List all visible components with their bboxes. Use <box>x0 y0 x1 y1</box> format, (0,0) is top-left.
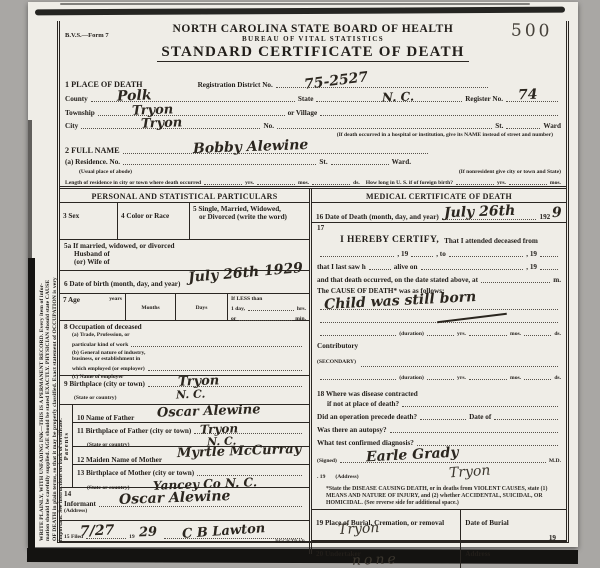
cause-footnote: *State the DISEASE CAUSING DEATH, or in … <box>312 483 566 509</box>
row-undertaker: 20 Undertaker none Address <box>312 540 566 568</box>
informant-value: Oscar Alewine <box>119 488 231 508</box>
autopsy-label: Was there an autopsy? <box>317 426 387 434</box>
nonresident-note: (If nonresident give city or town and St… <box>459 169 561 175</box>
burial-date-label: Date of Burial <box>465 519 509 527</box>
residence-no-line <box>123 156 316 165</box>
operation-line <box>420 411 466 420</box>
dateof-label: Date of <box>469 413 491 421</box>
dod-label: 16 Date of Death (month, day, and year) <box>316 213 439 221</box>
burial-date-cell: Date of Burial 19 <box>460 510 566 540</box>
scan-artifact-top-streak <box>60 3 530 5</box>
cause-flourish <box>438 313 508 324</box>
lastsaw-label: that I last saw h <box>317 263 366 271</box>
county-label: County <box>65 95 88 103</box>
informant-label: Informant <box>64 500 96 508</box>
residence-label: (a) Residence. No. <box>65 158 120 166</box>
dod-line: July 26th <box>442 211 537 220</box>
lastsaw-19-line <box>540 261 558 270</box>
header-center: NORTH CAROLINA STATE BOARD OF HEALTH BUR… <box>60 23 566 62</box>
howlong-mos-line <box>509 176 547 185</box>
color-label: 4 Color or Race <box>121 212 169 220</box>
father-bp-line: Tryon <box>194 425 302 434</box>
parents-strip: Parents <box>60 405 73 487</box>
marital-label-1: 5 Single, Married, Widowed, <box>193 205 306 213</box>
dateof-line <box>494 411 558 420</box>
length-ds-line <box>312 176 350 185</box>
state-label: State <box>298 95 314 103</box>
registration-district-label: Registration District No. <box>198 81 273 89</box>
row-informant: 14 Informant Oscar Alewine (Address) <box>60 488 309 521</box>
row-birthplace: 9 Birthplace (city or town) Tryon (State… <box>60 376 309 405</box>
row-father-name: 10 Name of Father Oscar Alewine <box>73 405 309 423</box>
age-label: 7 Age <box>63 296 80 318</box>
abode-note: (Usual place of abode) <box>79 169 132 175</box>
residence-ward-label: Ward. <box>392 158 411 166</box>
personal-header: PERSONAL AND STATISTICAL PARTICULARS <box>60 189 309 203</box>
test-label: What test confirmed diagnosis? <box>317 439 414 447</box>
registrar-signature: C B Lawton <box>181 521 265 542</box>
board-title: NORTH CAROLINA STATE BOARD OF HEALTH <box>60 23 566 35</box>
certify-from-line <box>320 248 394 257</box>
undertaker-address-label: Address <box>465 550 490 558</box>
register-no-value: 74 <box>518 87 538 104</box>
length-label: Length of residence in city or town wher… <box>65 180 201 186</box>
duration1-ds-line <box>524 327 551 336</box>
length-ds: ds. <box>353 180 360 186</box>
registrar-label: REGISTRAR <box>275 540 305 545</box>
burial-value: Tryon <box>338 520 380 538</box>
city-label: City <box>65 122 78 130</box>
undertaker-cell: 20 Undertaker none <box>312 541 460 568</box>
certify-19b: , 19 <box>526 250 537 258</box>
duration1-mos-line <box>469 327 507 336</box>
duration2-label: (duration) <box>399 375 424 381</box>
duration1-yrs: yrs. <box>457 331 466 337</box>
duration1-mos: mos. <box>510 331 521 337</box>
duration2-ds: ds. <box>554 375 561 381</box>
row-city: City Tryon No. St. Ward <box>60 117 566 130</box>
registrar-sig-line: C B Lawton <box>164 530 302 539</box>
duration1-ds: ds. <box>554 331 561 337</box>
undertaker-address-cell: Address <box>460 541 566 568</box>
contributory-line <box>361 358 558 367</box>
cause-line-2 <box>320 314 558 323</box>
duration2-yrs-line <box>427 371 454 380</box>
address-label: (Address) <box>335 474 358 480</box>
mother-bp-label: 13 Birthplace of Mother (city or town) <box>77 469 194 477</box>
disease-block: 18 Where was disease contracted if not a… <box>312 384 566 509</box>
signed-line: Earle Grady <box>340 454 546 463</box>
parents-block: Parents 10 Name of Father Oscar Alewine … <box>60 405 309 488</box>
street-no-line <box>277 120 492 129</box>
m-label: m. <box>553 276 561 284</box>
row-date-of-death: 16 Date of Death (month, day, and year) … <box>312 203 566 223</box>
city-line: Tryon <box>81 120 260 129</box>
ward-label: Ward <box>543 122 561 130</box>
form-header: B.V.S.—Form 7 NORTH CAROLINA STATE BOARD… <box>60 21 566 73</box>
cause-line: Child was still born <box>320 301 558 310</box>
street-no-label: No. <box>263 122 274 130</box>
length-yrs-line <box>204 176 242 185</box>
alive-label: alive on <box>394 263 418 271</box>
county-value: Polk <box>117 87 152 104</box>
married-label: 5a If married, widowed, or divorced <box>64 242 305 250</box>
occ-b-3: which employed (or employer) <box>72 366 145 372</box>
howlong-yrs: yrs. <box>497 180 506 186</box>
howlong-mos: mos. <box>550 180 561 186</box>
bureau-title: BUREAU OF VITAL STATISTICS <box>60 35 566 43</box>
age-cell: 7 Age years <box>60 294 126 320</box>
certify-rest: That I attended deceased from <box>444 237 538 245</box>
county-line: Polk <box>91 93 295 102</box>
signed-label: (Signed) <box>317 458 337 464</box>
where-label-1: 18 Where was disease contracted <box>317 390 418 398</box>
age-days-label: Days <box>196 305 208 311</box>
dod-year-pre: 192 <box>539 213 550 221</box>
row-age: 7 Age years Months Days If LESS than 1 d… <box>60 294 309 321</box>
certify-19a: , 19 <box>397 250 408 258</box>
row-residence-notes: (Usual place of abode) (If nonresident g… <box>60 166 566 175</box>
row-mother-name: 12 Maiden Name of Mother Myrtle McCurray <box>73 447 309 465</box>
medical-header: MEDICAL CERTIFICATE OF DEATH <box>312 189 566 203</box>
undertaker-value: none <box>352 551 399 568</box>
lastsaw-h-line <box>369 261 391 270</box>
township-label: Township <box>65 109 95 117</box>
md-label: M.D. <box>549 458 561 464</box>
duration2-yrs: yrs. <box>457 375 466 381</box>
marital-cell: 5 Single, Married, Widowed, or Divorced … <box>190 203 309 239</box>
row-burial: 19 Place of Burial, Cremation, or remova… <box>312 509 566 540</box>
state-value: N. C. <box>382 89 415 104</box>
length-mos-line <box>257 176 295 185</box>
length-yrs: yrs. <box>245 180 254 186</box>
certify-19a-line <box>411 248 433 257</box>
age-min-line <box>239 312 292 321</box>
or-village-label: or Village <box>288 109 318 117</box>
mother-name-value: Myrtle McCurray <box>177 442 302 461</box>
columns: PERSONAL AND STATISTICAL PARTICULARS 3 S… <box>60 186 566 554</box>
birthplace-line: Tryon <box>148 378 302 387</box>
sex-cell: 3 Sex <box>60 203 118 239</box>
secondary-label: (SECONDARY) <box>317 359 356 365</box>
informant-line: Oscar Alewine <box>99 498 302 507</box>
dod-value: July 26th <box>444 203 516 221</box>
register-no-line: 74 <box>506 93 558 102</box>
parents-rows: 10 Name of Father Oscar Alewine 11 Birth… <box>73 405 309 487</box>
certify-block: 17 I HEREBY CERTIFY, That I attended dec… <box>312 223 566 381</box>
address-19: . 19 <box>317 474 325 480</box>
length-mos: mos. <box>298 180 309 186</box>
duration2-lead-line <box>320 371 396 380</box>
hospital-note: (If death occurred in a hospital or inst… <box>337 132 553 138</box>
full-name-line: Bobby Alewine <box>123 145 428 154</box>
birthplace-state-value: N. C. <box>176 387 206 401</box>
father-name-value: Oscar Alewine <box>157 402 261 421</box>
row-length-of-residence: Length of residence in city or town wher… <box>60 175 566 186</box>
burial-cell: 19 Place of Burial, Cremation, or remova… <box>312 510 460 540</box>
stamp-number: 500 <box>510 21 552 42</box>
filed-date-line: 7/27 <box>86 530 126 539</box>
age-years-label: years <box>109 296 122 318</box>
filed-year-pre: 19 <box>129 534 135 540</box>
full-name-value: Bobby Alewine <box>192 137 308 157</box>
contributory-label: Contributory <box>317 342 358 350</box>
scan-artifact-left-streak <box>28 120 32 260</box>
birthplace-label: 9 Birthplace (city or town) <box>64 380 145 388</box>
age-less-cell: If LESS than 1 day,hrs. ormin. <box>228 294 309 320</box>
age-months-cell: Months <box>126 294 176 320</box>
alive-line <box>421 261 524 270</box>
certify-to: , to <box>436 250 446 258</box>
row-mother-birthplace: 13 Birthplace of Mother (city or town) (… <box>73 465 309 487</box>
howlong-yrs-line <box>456 176 494 185</box>
duration2-mos-line <box>469 371 507 380</box>
burial-label: 19 Place of Burial, Cremation, or remova… <box>316 519 444 527</box>
occurred-label: and that death occurred, on the date sta… <box>317 276 478 284</box>
no-17: 17 <box>312 224 566 232</box>
row-hospital-note: (If death occurred in a hospital or inst… <box>60 130 566 138</box>
father-bp-label: 11 Birthplace of Father (city or town) <box>77 427 191 435</box>
operation-label: Did an operation precede death? <box>317 413 417 421</box>
city-value: Tryon <box>141 115 183 131</box>
howlong-label: How long in U. S. if of foreign birth? <box>366 180 453 186</box>
age-days-cell: Days <box>176 294 228 320</box>
personal-column: PERSONAL AND STATISTICAL PARTICULARS 3 S… <box>60 189 312 554</box>
certify-to-line <box>449 248 523 257</box>
row-occupation: 8 Occupation of deceased (a) Trade, Prof… <box>60 321 309 376</box>
dob-label: 6 Date of birth (month, day, and year) <box>64 280 180 288</box>
village-line <box>320 107 558 116</box>
duration2-ds-line <box>524 371 551 380</box>
row-township: Township Tryon or Village <box>60 103 566 117</box>
register-no-label: Register No. <box>465 95 503 103</box>
parents-label: Parents <box>63 432 70 460</box>
row-filed: 15 Filed 7/27 19 29 C B Lawton REGISTRAR <box>60 521 309 561</box>
form-number: B.V.S.—Form 7 <box>65 32 109 39</box>
sex-label: 3 Sex <box>63 212 79 220</box>
birthplace-state-label: (State or country) <box>74 395 116 401</box>
township-line: Tryon <box>98 107 285 116</box>
certify-bold: I HEREBY CERTIFY, <box>340 235 439 245</box>
duration2-mos: mos. <box>510 375 521 381</box>
where-line <box>402 398 558 407</box>
certificate-form: B.V.S.—Form 7 NORTH CAROLINA STATE BOARD… <box>57 21 569 543</box>
age-months-label: Months <box>141 305 159 311</box>
color-cell: 4 Color or Race <box>118 203 190 239</box>
row-sex-color-marital: 3 Sex 4 Color or Race 5 Single, Married,… <box>60 203 309 240</box>
duration1-label: (duration) <box>399 331 424 337</box>
street-line <box>506 120 540 129</box>
row-date-of-birth: 6 Date of birth (month, day, and year) J… <box>60 271 309 294</box>
duration1-yrs-line <box>427 327 454 336</box>
age-hrs-line <box>248 302 294 311</box>
certificate-title: STANDARD CERTIFICATE OF DEATH <box>157 44 468 62</box>
address-value: Tryon <box>448 463 490 482</box>
medical-column: MEDICAL CERTIFICATE OF DEATH 16 Date of … <box>312 189 566 554</box>
full-name-label: 2 FULL NAME <box>65 146 120 155</box>
row-full-name: 2 FULL NAME Bobby Alewine <box>60 138 566 155</box>
street-label: St. <box>495 122 503 130</box>
duration1-lead-line <box>320 327 396 336</box>
filed-date-value: 7/27 <box>80 522 115 539</box>
state-line: N. C. <box>316 93 462 102</box>
age-hrs: hrs. <box>297 306 306 312</box>
certify-19b-line <box>540 248 558 257</box>
marital-label-2: or Divorced (write the word) <box>193 213 306 221</box>
dod-year-value: 9 <box>552 205 562 221</box>
residence-st-label: St. <box>319 158 327 166</box>
signed-value: Earle Grady <box>366 445 459 466</box>
occ-b-line <box>148 362 302 371</box>
residence-st-line <box>331 156 389 165</box>
occurred-line <box>481 274 550 283</box>
husband-of-label: Husband of <box>64 250 305 258</box>
occ-a-2: particular kind of work <box>72 342 128 348</box>
mother-name-label: 12 Maiden Name of Mother <box>77 456 162 464</box>
row-place-of-death: 1 PLACE OF DEATH Registration District N… <box>60 73 566 89</box>
scan-artifact-left-bar <box>28 258 35 550</box>
father-name-label: 10 Name of Father <box>77 414 134 422</box>
registration-district-line: 75-2527 <box>276 79 488 88</box>
where-label-2: if not at place of death? <box>317 400 399 408</box>
lastsaw-19: , 19 <box>526 263 537 271</box>
occupation-label: 8 Occupation of deceased <box>64 323 305 331</box>
screenshot-root: { "doc": { "form_no": "B.V.S.—Form 7", "… <box>0 0 600 568</box>
autopsy-line <box>390 424 558 433</box>
informant-address-label: (Address) <box>64 508 305 514</box>
occ-a-line <box>131 338 302 347</box>
row-residence: (a) Residence. No. St. Ward. <box>60 155 566 166</box>
filed-year-value: 29 <box>138 525 157 541</box>
